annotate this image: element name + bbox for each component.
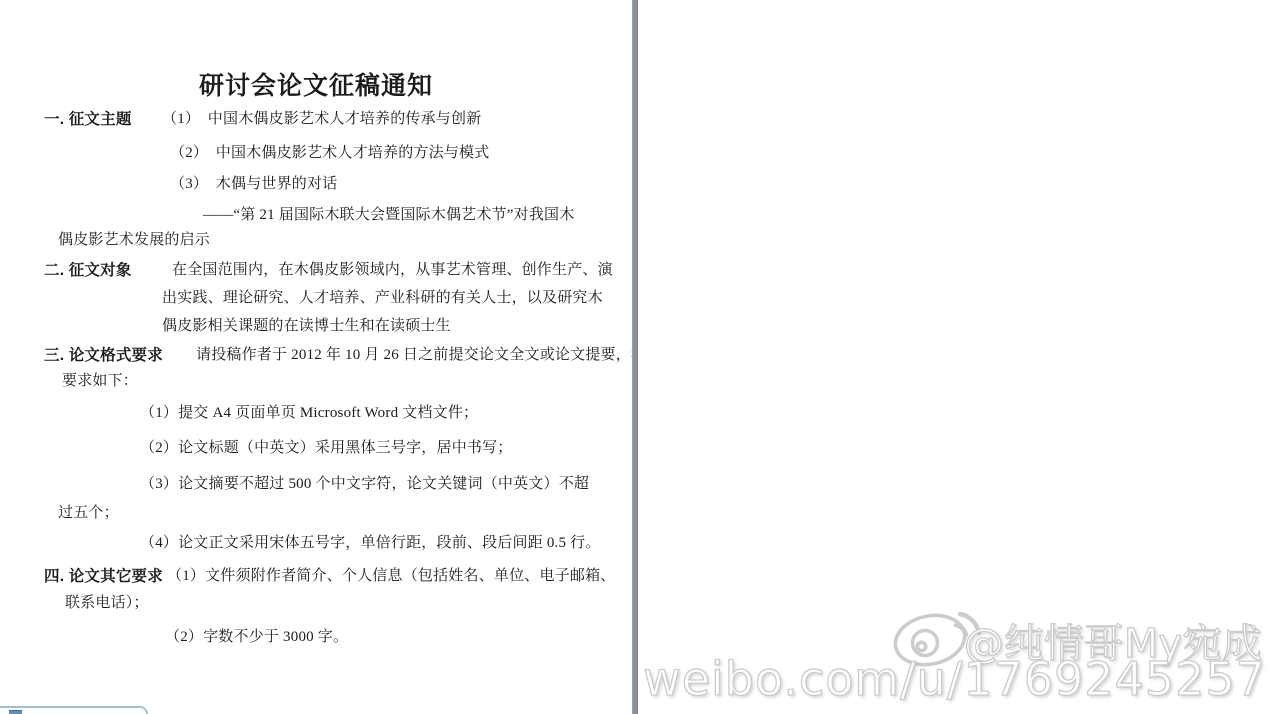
doc-line: （2）字数不少于 3000 字。: [165, 628, 348, 647]
watermark-url: weibo.com/u/1769245257: [643, 652, 1266, 706]
doc-line: （1）文件须附作者简介、个人信息（包括姓名、单位、电子邮箱、: [167, 567, 616, 586]
doc-line: 要求如下：: [62, 372, 138, 391]
doc-line: （3） 木偶与世界的对话: [170, 175, 337, 194]
doc-line: 偶皮影相关课题的在读博士生和在读硕士生: [162, 317, 451, 336]
section-3-label: 三. 论文格式要求: [44, 346, 163, 365]
section-4-label: 四. 论文其它要求: [44, 567, 163, 586]
doc-line: （1）提交 A4 页面单页 Microsoft Word 文档文件；: [140, 404, 478, 423]
doc-line: （4）论文正文采用宋体五号字，单倍行距，段前、段后间距 0.5 行。: [140, 534, 601, 553]
doc-line: 联系电话）；: [65, 594, 149, 613]
page-1: 研讨会论文征稿通知 一. 征文主题 （1） 中国木偶皮影艺术人才培养的传承与创新…: [0, 0, 632, 714]
doc-line: （1） 中国木偶皮影艺术人才培养的传承与创新: [162, 110, 481, 129]
document-viewer: 研讨会论文征稿通知 一. 征文主题 （1） 中国木偶皮影艺术人才培养的传承与创新…: [0, 0, 1271, 714]
doc-line: 在全国范围内，在木偶皮影领域内，从事艺术管理、创作生产、演: [172, 261, 613, 280]
doc-line: 偶皮影艺术发展的启示: [58, 231, 210, 250]
doc-line: （2）论文标题（中英文）采用黑体三号字，居中书写；: [140, 439, 513, 458]
popup-icon: [9, 710, 22, 714]
doc-line: ——“第 21 届国际木联大会暨国际木偶艺术节”对我国木: [203, 206, 574, 225]
doc-title: 研讨会论文征稿通知: [0, 66, 632, 102]
doc-line: 过五个；: [58, 504, 119, 523]
doc-line: （2） 中国木偶皮影艺术人才培养的方法与模式: [170, 144, 489, 163]
doc-line: （3）论文摘要不超过 500 个中文字符，论文关键词（中英文）不超: [140, 475, 589, 494]
section-1-label: 一. 征文主题: [44, 110, 132, 129]
doc-line: 请投稿作者于 2012 年 10 月 26 日之前提交论文全文或论文提要，格式: [196, 346, 661, 365]
doc-line: 出实践、理论研究、人才培养、产业科研的有关人士，以及研究木: [162, 289, 603, 308]
popup-fragment[interactable]: [0, 706, 148, 714]
section-2-label: 二. 征文对象: [44, 261, 132, 280]
